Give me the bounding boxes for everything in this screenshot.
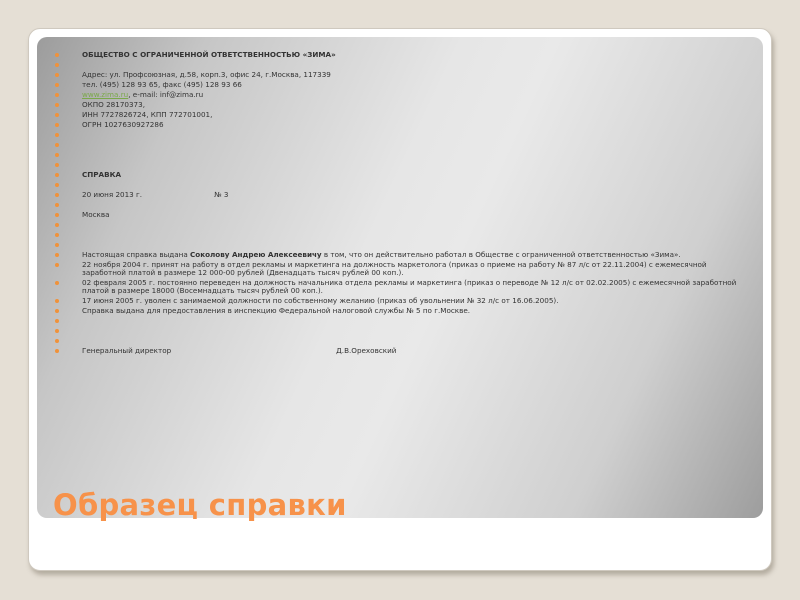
ogrn-line: ОГРН 1027630927286 xyxy=(52,120,752,130)
document-content: ОБЩЕСТВО С ОГРАНИЧЕННОЙ ОТВЕТСТВЕННОСТЬЮ… xyxy=(52,50,752,356)
bullet-icon xyxy=(55,123,59,127)
bullet-icon xyxy=(55,153,59,157)
doc-type-line: СПРАВКА xyxy=(52,170,752,180)
empty-line xyxy=(52,326,752,336)
empty-line xyxy=(52,230,752,240)
empty-line xyxy=(52,130,752,140)
bullet-icon xyxy=(55,113,59,117)
empty-line xyxy=(52,240,752,250)
empty-line xyxy=(52,220,752,230)
bullet-icon xyxy=(55,133,59,137)
bullet-icon xyxy=(55,183,59,187)
bullet-icon xyxy=(55,243,59,247)
address: Адрес: ул. Профсоюзная, д.58, корп.3, оф… xyxy=(82,70,331,79)
website-link[interactable]: www.zima.ru xyxy=(82,90,128,99)
company-name-line: ОБЩЕСТВО С ОГРАНИЧЕННОЙ ОТВЕТСТВЕННОСТЬЮ… xyxy=(52,50,752,60)
doc-date: 20 июня 2013 г. xyxy=(82,190,142,199)
bullet-icon xyxy=(55,93,59,97)
date-line: 20 июня 2013 г.№ 3 xyxy=(52,190,752,200)
hired-text: 22 ноября 2004 г. принят на работу в отд… xyxy=(82,260,707,277)
transferred-text: 02 февраля 2005 г. постоянно переведен н… xyxy=(82,278,736,295)
bullet-icon xyxy=(55,253,59,257)
bullet-icon xyxy=(55,143,59,147)
bullet-icon xyxy=(55,213,59,217)
bullet-icon xyxy=(55,233,59,237)
doc-type: СПРАВКА xyxy=(82,170,121,179)
inn-line: ИНН 7727826724, КПП 772701001, xyxy=(52,110,752,120)
empty-line xyxy=(52,200,752,210)
bullet-icon xyxy=(55,173,59,177)
bullet-icon xyxy=(55,53,59,57)
inn-kpp: ИНН 7727826724, КПП 772701001, xyxy=(82,110,212,119)
empty-line xyxy=(52,336,752,346)
slide-title: Образец справки xyxy=(53,488,347,522)
phone-line: тел. (495) 128 93 65, факс (495) 128 93 … xyxy=(52,80,752,90)
transferred-paragraph: 02 февраля 2005 г. постоянно переведен н… xyxy=(52,278,752,296)
bullet-icon xyxy=(55,203,59,207)
web-line: www.zima.ru, e-mail: inf@zima.ru xyxy=(52,90,752,100)
intro-text-end: в том, что он действительно работал в Об… xyxy=(322,250,681,259)
city-line: Москва xyxy=(52,210,752,220)
bullet-icon xyxy=(55,299,59,303)
empty-line xyxy=(52,60,752,70)
bullet-icon xyxy=(55,319,59,323)
dismissed-text: 17 июня 2005 г. уволен с занимаемой долж… xyxy=(82,296,559,305)
hired-paragraph: 22 ноября 2004 г. принят на работу в отд… xyxy=(52,260,752,278)
bullet-icon xyxy=(55,339,59,343)
empty-line xyxy=(52,180,752,190)
signature-line: Генеральный директорД.В.Ореховский xyxy=(52,346,752,356)
bullet-icon xyxy=(55,83,59,87)
intro-line: Настоящая справка выдана Соколову Андрею… xyxy=(52,250,752,260)
city: Москва xyxy=(82,210,110,219)
bullet-icon xyxy=(55,63,59,67)
doc-number: № 3 xyxy=(214,190,228,200)
phone: тел. (495) 128 93 65, факс (495) 128 93 … xyxy=(82,80,242,89)
bullet-icon xyxy=(55,309,59,313)
employee-name: Соколову Андрею Алексеевичу xyxy=(190,250,322,259)
bullet-icon xyxy=(55,349,59,353)
intro-text: Настоящая справка выдана xyxy=(82,250,190,259)
empty-line xyxy=(52,140,752,150)
bullet-icon xyxy=(55,223,59,227)
purpose-text: Справка выдана для предоставления в инсп… xyxy=(82,306,470,315)
signer-position: Генеральный директор xyxy=(82,346,171,355)
bullet-icon xyxy=(55,263,59,267)
bullet-icon xyxy=(55,103,59,107)
address-line: Адрес: ул. Профсоюзная, д.58, корп.3, оф… xyxy=(52,70,752,80)
dismissed-line: 17 июня 2005 г. уволен с занимаемой долж… xyxy=(52,296,752,306)
signer-name: Д.В.Ореховский xyxy=(336,346,396,356)
bullet-icon xyxy=(55,73,59,77)
bullet-icon xyxy=(55,281,59,285)
email: , e-mail: inf@zima.ru xyxy=(128,90,203,99)
bullet-icon xyxy=(55,329,59,333)
okpo-line: ОКПО 28170373, xyxy=(52,100,752,110)
bullet-icon xyxy=(55,193,59,197)
ogrn: ОГРН 1027630927286 xyxy=(82,120,164,129)
empty-line xyxy=(52,160,752,170)
company-name: ОБЩЕСТВО С ОГРАНИЧЕННОЙ ОТВЕТСТВЕННОСТЬЮ… xyxy=(82,50,336,59)
empty-line xyxy=(52,316,752,326)
bullet-icon xyxy=(55,163,59,167)
empty-line xyxy=(52,150,752,160)
okpo: ОКПО 28170373, xyxy=(82,100,145,109)
purpose-line: Справка выдана для предоставления в инсп… xyxy=(52,306,752,316)
